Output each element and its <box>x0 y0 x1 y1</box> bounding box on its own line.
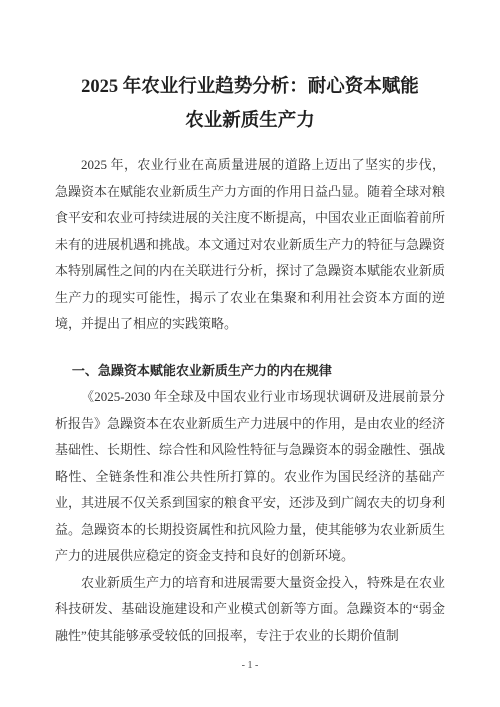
page-number: - 1 - <box>0 660 500 671</box>
section-heading: 一、急躁资本赋能农业新质生产力的内在规律 <box>55 358 445 385</box>
document-page: 2025 年农业行业趋势分析：耐心资本赋能 农业新质生产力 2025 年，农业行… <box>0 0 500 707</box>
section-paragraph-2: 农业新质生产力的培育和进展需要大量资金投入，特殊是在农业科技研发、基础设施建设和… <box>55 570 445 650</box>
document-title: 2025 年农业行业趋势分析：耐心资本赋能 农业新质生产力 <box>50 70 450 138</box>
section-paragraph-1: 《2025-2030 年全球及中国农业行业市场现状调研及进展前景分析报告》急躁资… <box>55 384 445 570</box>
intro-paragraph: 2025 年，农业行业在高质量进展的道路上迈出了坚实的步伐，急躁资本在赋能农业新… <box>55 152 445 338</box>
document-body: 2025 年，农业行业在高质量进展的道路上迈出了坚实的步伐，急躁资本在赋能农业新… <box>55 152 445 649</box>
